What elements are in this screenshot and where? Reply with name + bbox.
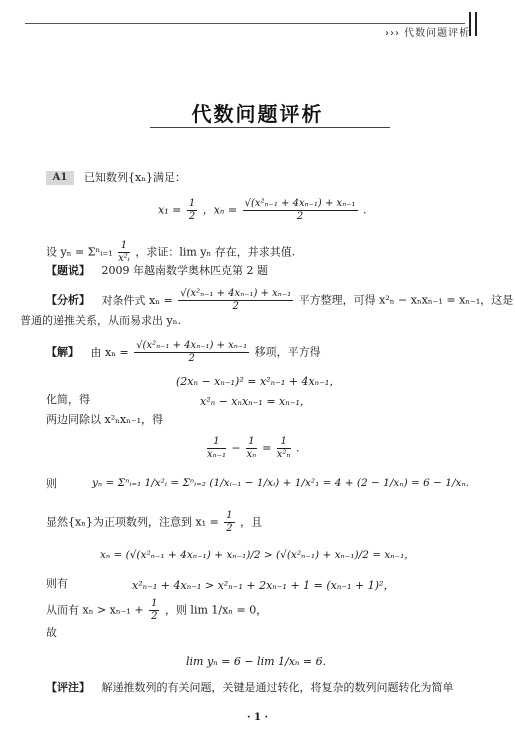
solution-simplify-label: 化简，得 [46, 393, 90, 407]
task-prefix: 设 yₙ = Σⁿᵢ₌₁ [46, 246, 113, 259]
thus-prefix: 从而有 xₙ > xₙ₋₁ + [46, 604, 144, 617]
task-suffix: ，求证：lim yₙ 存在，并求其值. [135, 246, 295, 259]
eq3-frac-c: 1x²ₙ [277, 436, 291, 461]
solution-hence-label: 则有 [46, 577, 68, 591]
positive-suffix: ，且 [240, 516, 262, 529]
task-frac: 1x²ᵢ [118, 240, 130, 265]
given-x1-frac: 12 [187, 198, 197, 223]
eq3-frac-a: 1xₙ₋₁ [207, 436, 226, 461]
eq3-minus: − [231, 442, 240, 455]
analysis-line1: 【分析】 对条件式 xₙ = √(x²ₙ₋₁ + 4xₙ₋₁) + xₙ₋₁2 … [46, 288, 513, 313]
solution-l1-frac: √(x²ₙ₋₁ + 4xₙ₋₁) + xₙ₋₁2 [134, 340, 249, 365]
comment-line: 【评注】 解递推数列的有关问题，关键是通过转化，将复杂的数列问题转化为简单 [46, 681, 454, 695]
given-xn-frac: √(x²ₙ₋₁ + 4xₙ₋₁) + xₙ₋₁2 [243, 198, 358, 223]
source-line: 【题说】 2009 年越南数学奥林匹克第 2 题 [46, 264, 268, 278]
analysis-frac: √(x²ₙ₋₁ + 4xₙ₋₁) + xₙ₋₁2 [178, 288, 293, 313]
solution-eq1: (2xₙ − xₙ₋₁)² = x²ₙ₋₁ + 4xₙ₋₁， [176, 373, 340, 389]
source-label: 【题说】 [46, 264, 90, 277]
header-bar-left [469, 12, 471, 36]
source-text: 2009 年越南数学奥林匹克第 2 题 [102, 264, 268, 277]
solution-eq6: x²ₙ₋₁ + 4xₙ₋₁ > x²ₙ₋₁ + 2xₙ₋₁ + 1 = (xₙ₋… [132, 577, 394, 593]
page-number: · 1 · [0, 712, 515, 723]
given-end: . [363, 204, 367, 217]
page-title: 代数问题评析 [0, 98, 515, 127]
eq3-end: . [296, 442, 300, 455]
solution-line1: 【解】 由 xₙ = √(x²ₙ₋₁ + 4xₙ₋₁) + xₙ₋₁2 移项，平… [46, 340, 321, 365]
eq3-frac-b: 1xₙ [246, 436, 256, 461]
solution-therefore-label: 故 [46, 626, 57, 640]
comment-label: 【评注】 [46, 681, 90, 694]
problem-given: x₁ = 12 ，xₙ = √(x²ₙ₋₁ + 4xₙ₋₁) + xₙ₋₁2 . [158, 198, 367, 223]
eq3-equals: = [262, 442, 271, 455]
solution-eq3: 1xₙ₋₁ − 1xₙ = 1x²ₙ . [205, 436, 300, 461]
solution-eq7: lim yₙ = 6 − lim 1/xₙ = 6. [186, 655, 326, 668]
problem-intro: 已知数列{xₙ}满足： [84, 171, 186, 185]
problem-badge: A1 [46, 171, 74, 185]
positive-prefix: 显然{xₙ}为正项数列，注意到 x₁ = [46, 516, 219, 529]
solution-positive: 显然{xₙ}为正项数列，注意到 x₁ = 12 ，且 [46, 510, 262, 535]
solution-then-label: 则 [46, 477, 57, 491]
analysis-prefix: 对条件式 xₙ = [102, 294, 173, 307]
analysis-suffix: 平方整理，可得 x²ₙ − xₙxₙ₋₁ = xₙ₋₁，这是 [299, 294, 514, 307]
solution-label: 【解】 [46, 346, 79, 359]
problem-task: 设 yₙ = Σⁿᵢ₌₁ 1x²ᵢ ，求证：lim yₙ 存在，并求其值. [46, 240, 295, 265]
positive-frac: 12 [224, 510, 234, 535]
analysis-label: 【分析】 [46, 294, 90, 307]
solution-l1-prefix: 由 xₙ = [91, 346, 129, 359]
comment-text: 解递推数列的有关问题，关键是通过转化，将复杂的数列问题转化为简单 [102, 681, 454, 694]
title-rule [150, 127, 390, 128]
running-title: ››› 代数问题评析 [385, 24, 470, 39]
given-x1-lhs: x₁ = [158, 204, 181, 217]
thus-suffix: ，则 lim 1/xₙ = 0， [165, 604, 267, 617]
given-xn-lhs: ，xₙ = [203, 204, 237, 217]
solution-eq4: yₙ = Σⁿᵢ₌₁ 1/x²ᵢ = Σⁿᵢ₌₂ (1/xᵢ₋₁ − 1/xᵢ)… [92, 477, 469, 489]
solution-eq2: x²ₙ − xₙxₙ₋₁ = xₙ₋₁， [200, 393, 311, 409]
solution-divide-text: 两边同除以 x²ₙxₙ₋₁，得 [46, 413, 163, 427]
header-bar-right [475, 12, 477, 36]
solution-l1-suffix: 移项，平方得 [255, 346, 321, 359]
thus-frac: 12 [149, 598, 159, 623]
analysis-line2: 普通的递推关系，从而易求出 yₙ. [20, 314, 181, 328]
solution-thus: 从而有 xₙ > xₙ₋₁ + 12 ，则 lim 1/xₙ = 0， [46, 598, 267, 623]
solution-eq5: xₙ = (√(x²ₙ₋₁ + 4xₙ₋₁) + xₙ₋₁)/2 > (√(x²… [100, 547, 415, 562]
